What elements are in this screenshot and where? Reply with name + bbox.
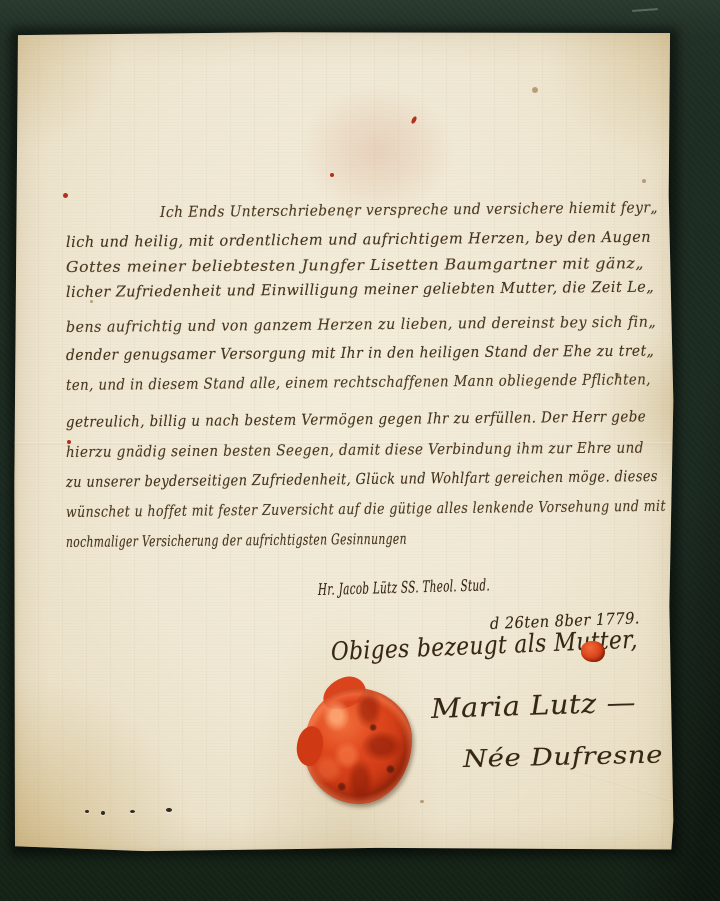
letter-body-line: wünschet u hoffet mit fester Zuversicht … xyxy=(66,497,666,521)
attestation-name: Maria Lutz — xyxy=(430,687,636,725)
wax-seal-relief xyxy=(304,688,412,804)
pinhole xyxy=(166,808,172,812)
letter-body-line: bens aufrichtig und von ganzem Herzen zu… xyxy=(66,313,656,336)
signature-name: Hr. Jacob Lütz SS. Theol. Stud. xyxy=(318,575,490,599)
letter-body-line: Ich Ends Unterschriebener verspreche und… xyxy=(160,198,658,221)
letter-body-line: licher Zufriedenheit und Einwilligung me… xyxy=(66,278,654,301)
letter-body-line: nochmaliger Versicherung der aufrichtigs… xyxy=(66,530,407,551)
foxing-spot xyxy=(642,179,646,183)
seal-ghost-stain xyxy=(302,87,452,215)
red-speck xyxy=(63,193,68,198)
wax-seal xyxy=(304,688,412,804)
letter-body-line: dender genugsamer Versorgung mit Ihr in … xyxy=(66,342,654,364)
attestation-name-2: Née Dufresne xyxy=(463,740,664,773)
foxing-spot xyxy=(420,800,424,803)
letter-body-line: hierzu gnädig seinen besten Seegen, dami… xyxy=(66,439,644,461)
pinhole xyxy=(85,810,89,813)
pinhole xyxy=(130,810,135,813)
letter-body-line: getreulich, billig u nach bestem Vermöge… xyxy=(66,407,646,431)
letter-body-line: zu unserer beyderseitigen Zufriedenheit,… xyxy=(66,467,658,491)
foxing-spot xyxy=(532,87,538,93)
photo-of-letter: Ich Ends Unterschriebener verspreche und… xyxy=(0,0,720,901)
letter-body-line: Gottes meiner beliebtesten Jungfer Liset… xyxy=(66,254,644,276)
red-speck xyxy=(330,173,334,177)
mat-scratch xyxy=(632,8,658,12)
wax-droplet xyxy=(581,641,605,662)
letter-body-line: lich und heilig, mit ordentlichem und au… xyxy=(66,228,651,251)
letter-paper: Ich Ends Unterschriebener verspreche und… xyxy=(14,31,674,852)
letter-body-line: ten, und in diesem Stand alle, einem rec… xyxy=(66,370,651,394)
pinhole xyxy=(101,811,105,815)
